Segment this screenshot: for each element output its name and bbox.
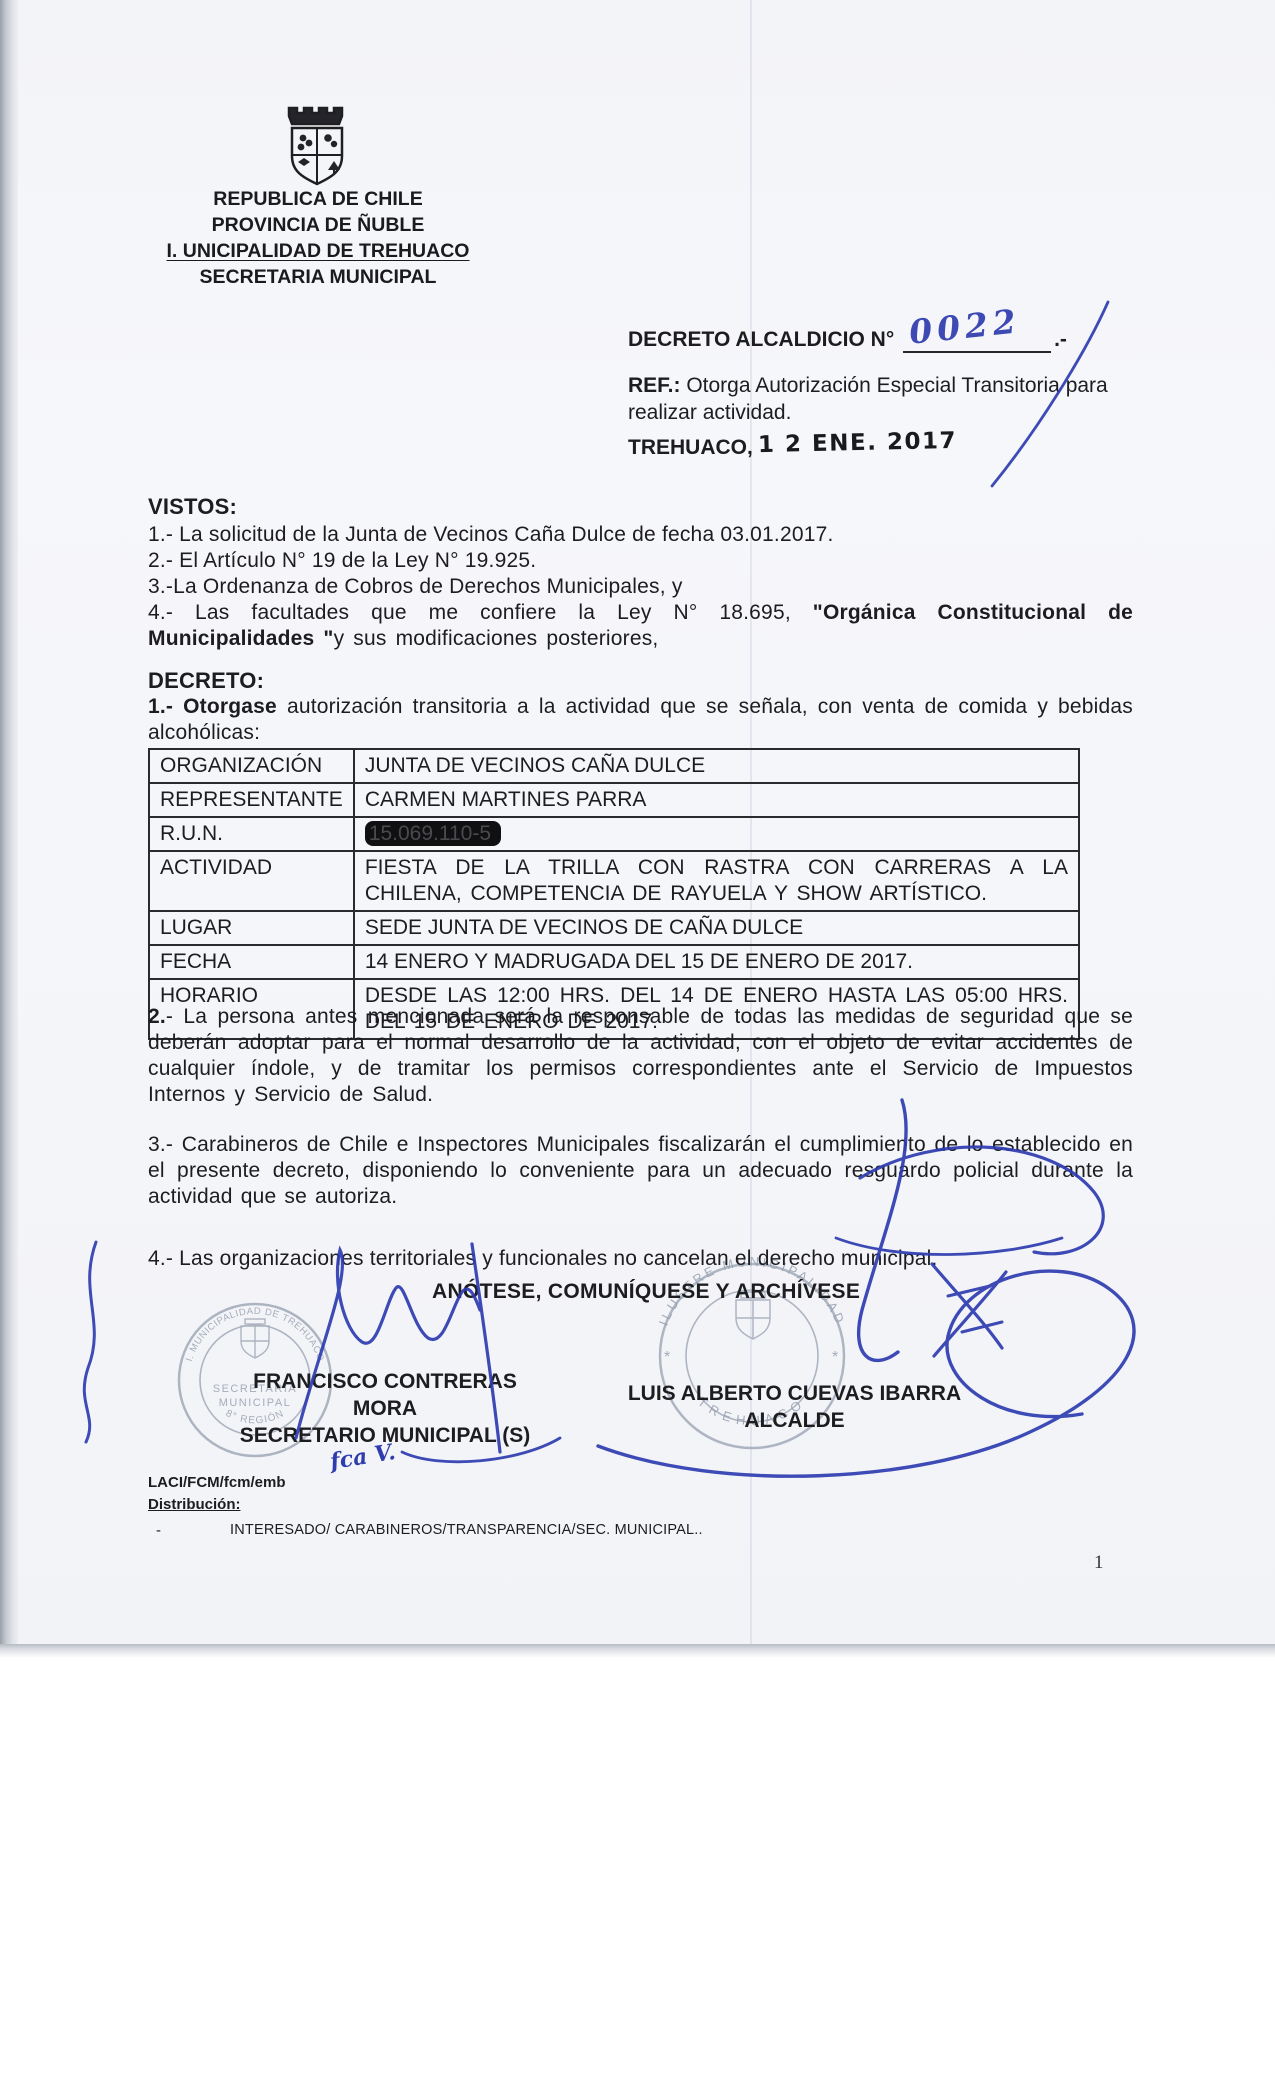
- row-label: ORGANIZACIÓN: [160, 754, 322, 777]
- vistos-item4-text: 4.- Las facultades que me confiere la Le…: [148, 601, 813, 624]
- footer-initials: LACI/FCM/fcm/emb: [148, 1474, 286, 1491]
- closing-formula: ANÓTESE, COMUNÍQUESE Y ARCHÍVESE: [432, 1280, 860, 1304]
- table-row: ORGANIZACIÓN JUNTA DE VECINOS CAÑA DULCE: [149, 749, 1079, 783]
- page-number: 1: [1094, 1552, 1104, 1574]
- paragraph-2: 2.- La persona antes mencionada será la …: [148, 1004, 1133, 1108]
- decree-number-suffix: .-: [1054, 328, 1067, 351]
- redacted-run-value: 15.069.110-5: [365, 821, 501, 846]
- row-label: ACTIVIDAD: [160, 856, 272, 879]
- table-row: REPRESENTANTE CARMEN MARTINES PARRA: [149, 783, 1079, 817]
- row-value: SEDE JUNTA DE VECINOS DE CAÑA DULCE: [365, 916, 803, 939]
- ref-text: Otorga Autorización Especial Transitoria…: [628, 374, 1108, 424]
- distribution-label: Distribución:: [148, 1496, 241, 1513]
- vistos-item: 2.- El Artículo N° 19 de la Ley N° 19.92…: [148, 548, 1133, 574]
- signature-block-secretario: FRANCISCO CONTRERAS MORA SECRETARIO MUNI…: [230, 1368, 540, 1449]
- letterhead-office: SECRETARIA MUNICIPAL: [128, 264, 508, 290]
- decree-number-handwritten: 0022: [908, 307, 1022, 346]
- paragraph-4: 4.- Las organizaciones territoriales y f…: [148, 1246, 1133, 1272]
- secretario-name: FRANCISCO CONTRERAS MORA: [230, 1368, 540, 1422]
- signature-block-alcalde: LUIS ALBERTO CUEVAS IBARRA ALCALDE: [622, 1380, 967, 1434]
- vistos-item4-tail: y sus modificaciones posteriores,: [334, 627, 659, 650]
- letterhead-municipality: I. UNICIPALIDAD DE TREHUACO: [128, 238, 508, 264]
- ref-label: REF.:: [628, 374, 681, 397]
- vistos-item: 3.-La Ordenanza de Cobros de Derechos Mu…: [148, 574, 1133, 600]
- row-label: FECHA: [160, 950, 231, 973]
- scanned-document: I. MUNICIPALIDAD DE TREHUACO SECRETARIA …: [0, 0, 1275, 2100]
- table-row: ACTIVIDAD FIESTA DE LA TRILLA CON RASTRA…: [149, 851, 1079, 911]
- authorization-table: ORGANIZACIÓN JUNTA DE VECINOS CAÑA DULCE…: [148, 748, 1080, 1040]
- decreto-p1-text: autorización transitoria a la actividad …: [148, 695, 1133, 744]
- city-label: TREHUACO,: [628, 436, 753, 460]
- distribution-bullet: -: [156, 1522, 161, 1539]
- coat-of-arms: [281, 100, 353, 192]
- row-value: CARMEN MARTINES PARRA: [365, 788, 647, 811]
- row-label: R.U.N.: [160, 822, 223, 845]
- table-row: R.U.N. 15.069.110-5: [149, 817, 1079, 851]
- decreto-heading: DECRETO:: [148, 668, 264, 694]
- alcalde-title: ALCALDE: [622, 1407, 967, 1434]
- date-stamp: 1 2 ENE. 2017: [758, 428, 957, 458]
- table-row: FECHA 14 ENERO Y MADRUGADA DEL 15 DE ENE…: [149, 945, 1079, 979]
- row-value: 14 ENERO Y MADRUGADA DEL 15 DE ENERO DE …: [365, 950, 913, 973]
- p2-text: - La persona antes mencionada será la re…: [148, 1005, 1133, 1106]
- row-value: JUNTA DE VECINOS CAÑA DULCE: [365, 754, 705, 777]
- decreto-paragraph-1: 1.- Otorgase autorización transitoria a …: [148, 694, 1133, 746]
- row-label: LUGAR: [160, 916, 232, 939]
- vistos-item: 4.- Las facultades que me confiere la Le…: [148, 600, 1133, 652]
- table-row: LUGAR SEDE JUNTA DE VECINOS DE CAÑA DULC…: [149, 911, 1079, 945]
- printed-text-layer: REPUBLICA DE CHILE PROVINCIA DE ÑUBLE I.…: [0, 0, 1275, 2100]
- letterhead: REPUBLICA DE CHILE PROVINCIA DE ÑUBLE I.…: [128, 186, 508, 290]
- letterhead-province: PROVINCIA DE ÑUBLE: [128, 212, 508, 238]
- vistos-heading: VISTOS:: [148, 494, 237, 520]
- vistos-list: 1.- La solicitud de la Junta de Vecinos …: [148, 522, 1133, 652]
- row-label: REPRESENTANTE: [160, 788, 343, 811]
- decree-title-row: DECRETO ALCALDICIO N° 0022.-: [628, 326, 1188, 353]
- decree-title-label: DECRETO ALCALDICIO N°: [628, 328, 894, 351]
- distribution-list: INTERESADO/ CARABINEROS/TRANSPARENCIA/SE…: [230, 1522, 703, 1538]
- decree-number-blank: 0022: [903, 327, 1051, 353]
- ref-block: REF.: Otorga Autorización Especial Trans…: [628, 372, 1108, 426]
- paragraph-3: 3.- Carabineros de Chile e Inspectores M…: [148, 1132, 1133, 1210]
- alcalde-name: LUIS ALBERTO CUEVAS IBARRA: [622, 1380, 967, 1407]
- row-value: FIESTA DE LA TRILLA CON RASTRA CON CARRE…: [365, 856, 1068, 905]
- vistos-item: 1.- La solicitud de la Junta de Vecinos …: [148, 522, 1133, 548]
- p2-lead: 2.: [148, 1005, 166, 1028]
- decreto-p1-lead: 1.- Otorgase: [148, 695, 277, 718]
- letterhead-country: REPUBLICA DE CHILE: [128, 186, 508, 212]
